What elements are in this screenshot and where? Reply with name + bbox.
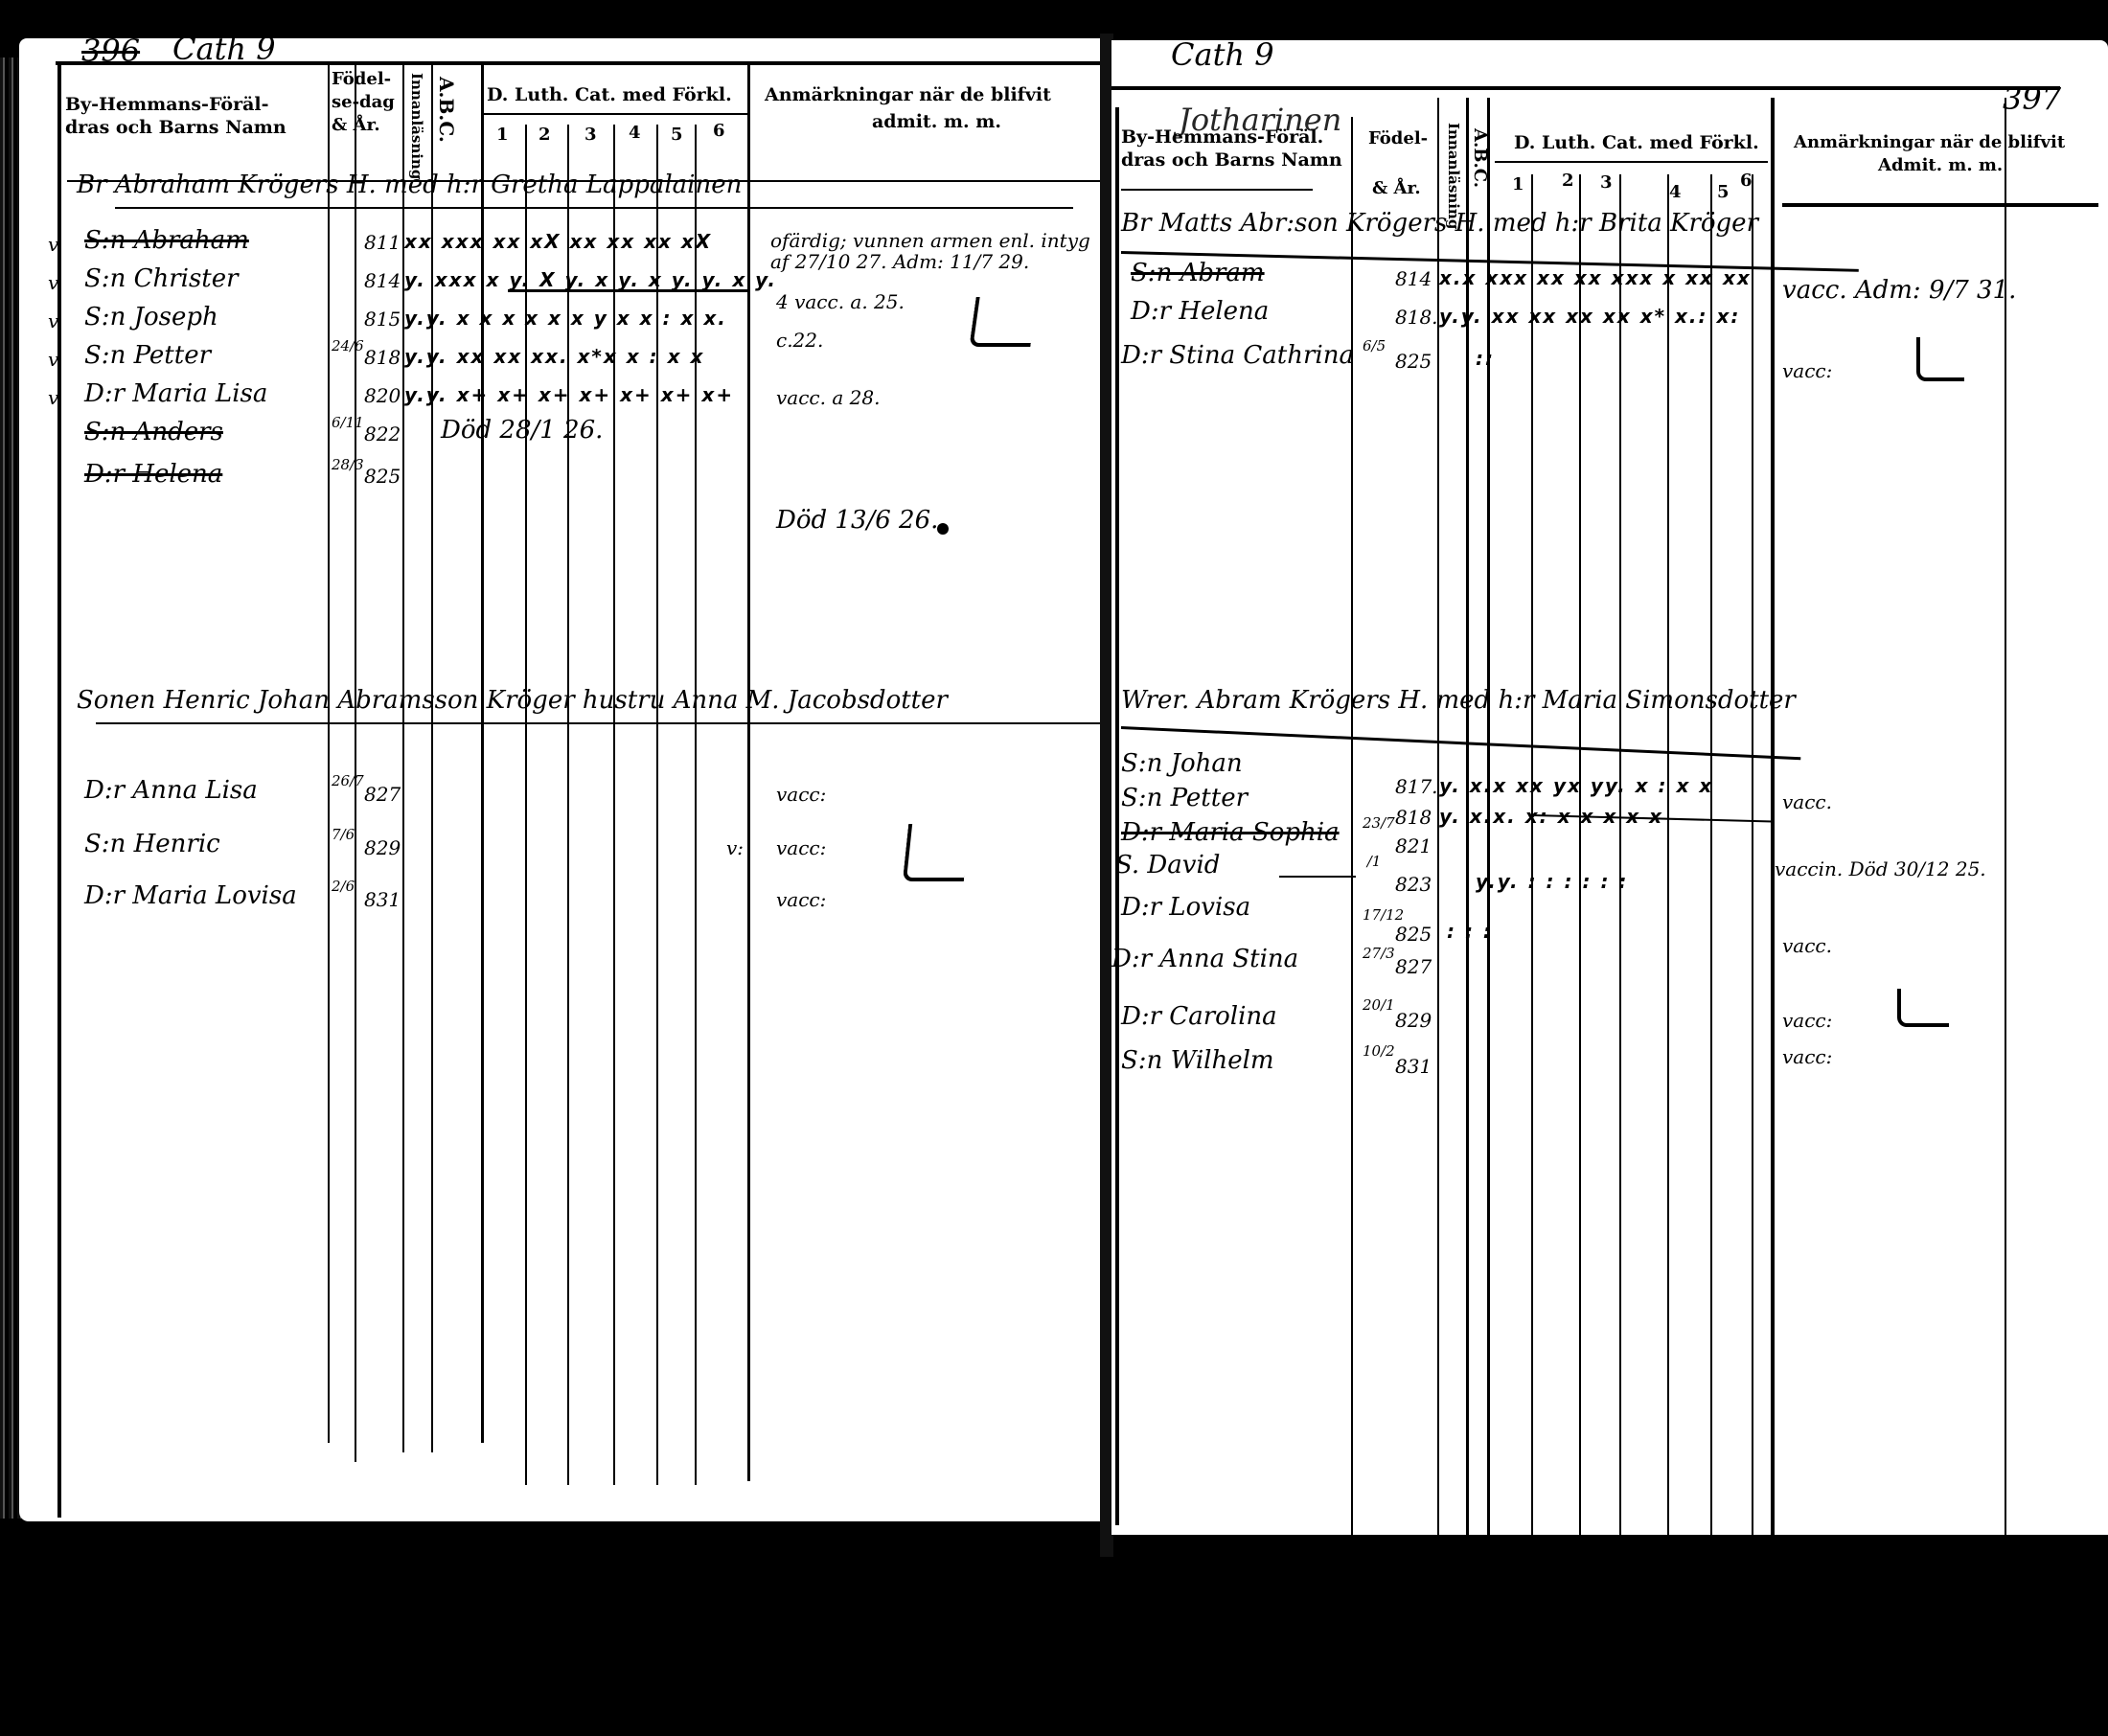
birth-year: 825	[364, 462, 401, 491]
header-rule	[1121, 189, 1313, 191]
birth-day: 26/7	[332, 774, 355, 788]
birth-year: 818	[1395, 803, 1432, 832]
exam-marks: y. xxx x y. X y. x y. x y. y. x y.	[404, 268, 777, 291]
header-abc: A.B.C.	[435, 77, 458, 172]
cat-col-5: 5	[1717, 182, 1730, 203]
birth-day: 2/6	[332, 879, 355, 894]
header-birth-3: & År.	[332, 115, 380, 136]
birth-day: 10/2	[1363, 1044, 1386, 1059]
header-birth-1: Födel-	[1368, 128, 1428, 149]
member-name: D:r Maria Lovisa	[84, 881, 297, 910]
col-sep	[328, 63, 330, 1443]
remark: vacc. a 28.	[776, 383, 880, 412]
cat-col-5: 5	[671, 125, 683, 146]
birth-day: 20/1	[1363, 998, 1386, 1013]
birth-year: 829	[364, 834, 401, 862]
remark: vacc.	[1782, 931, 1832, 960]
member-name: D:r Stina Cathrina	[1121, 341, 1354, 370]
cat-sub-rule	[1495, 161, 1768, 163]
birth-year: 818.	[1395, 303, 1438, 331]
member-name: S:n Abraham	[84, 226, 249, 255]
col-sep	[1579, 174, 1581, 1554]
member-name: S:n Christer	[84, 264, 239, 293]
header-name-line1: By-Hemmans-Föräl.	[1121, 126, 1323, 148]
exam-marks: y.y. : : : : : :	[1476, 870, 1628, 893]
birth-day: 7/6	[332, 828, 355, 842]
member-name: S:n Anders	[84, 418, 223, 446]
col-sep	[1351, 117, 1353, 1554]
check-mark-icon	[903, 824, 970, 881]
birth-year: 827	[364, 780, 401, 809]
exam-marks: y.y. xx xx xx. x*x x : x x	[404, 345, 704, 368]
birth-year: 815	[364, 305, 401, 333]
remark: c.22.	[776, 326, 823, 354]
member-name: D:r Carolina	[1121, 1002, 1277, 1031]
birth-day: 23/7	[1363, 816, 1386, 831]
top-rule	[1111, 86, 2060, 90]
exam-mark: v:	[726, 834, 744, 862]
scan-border-bottom	[0, 1519, 2108, 1736]
cat-col-6: 6	[713, 121, 725, 142]
header-innanlasning: Innanläsning	[408, 73, 425, 178]
birth-day: 24/6	[332, 339, 355, 354]
remark: vaccin. Död 30/12 25.	[1775, 855, 1986, 883]
cat-col-3: 3	[1600, 172, 1613, 194]
member-name: S:n Henric	[84, 830, 220, 858]
household-head: Br Abraham Krögers H. med h:r Gretha Lap…	[77, 171, 742, 199]
member-name: D:r Anna Lisa	[84, 776, 258, 805]
member-name: D:r Lovisa	[1121, 893, 1250, 922]
birth-day: 27/3	[1363, 947, 1386, 961]
birth-day: 6/5	[1363, 339, 1386, 354]
member-name: S:n Wilhelm	[1121, 1046, 1274, 1075]
remark: vacc:	[776, 885, 826, 914]
left-page: 396 Cath 9 By-Hemmans-Föräl- dras och Ba…	[19, 38, 1107, 1521]
header-name-line2: dras och Barns Namn	[1121, 149, 1342, 171]
birth-year: 820	[364, 381, 401, 410]
member-name: S:n Johan	[1121, 749, 1243, 778]
birth-year: 821	[1395, 832, 1432, 860]
left-border	[1115, 107, 1119, 1525]
member-prefix: v.	[48, 268, 62, 297]
member-prefix: v.	[48, 345, 62, 374]
header-remarks-1: Anmärkningar när de blifvit	[1794, 132, 2065, 153]
birth-year: 822	[364, 420, 401, 448]
col-sep	[1667, 174, 1669, 1554]
dash-line	[1279, 876, 1356, 878]
household-head: Wrer. Abram Krögers H. med h:r Maria Sim…	[1121, 686, 1796, 715]
head-rule	[115, 207, 1073, 209]
member-name: D:r Maria Lisa	[84, 379, 267, 408]
page-number: 397	[2003, 84, 2061, 113]
exam-marks: xx xxx xx xX xx xx xx xX	[404, 230, 712, 253]
birth-year: 831	[1395, 1052, 1432, 1081]
birth-year: 823	[1395, 870, 1432, 899]
member-name: D:r Maria Sophia	[1121, 818, 1340, 847]
cat-col-4: 4	[1669, 182, 1682, 203]
strike-line	[508, 289, 747, 292]
header-birth-2: se-dag	[332, 92, 395, 113]
remark: vacc:	[776, 780, 826, 809]
cat-col-3: 3	[584, 125, 597, 146]
member-name: S. David	[1115, 851, 1220, 879]
heading-hand: Cath 9	[172, 34, 276, 63]
birth-day: 28/3	[332, 458, 355, 472]
member-name: S:n Joseph	[84, 303, 218, 331]
header-catechism: D. Luth. Cat. med Förkl.	[487, 84, 732, 105]
crossed-page-number: 396	[81, 36, 140, 65]
birth-year: 811	[364, 228, 401, 257]
birth-year: 827	[1395, 952, 1432, 981]
cat-col-1: 1	[496, 125, 509, 146]
col-sep	[2005, 98, 2006, 1573]
member-name: S:n Abram	[1131, 259, 1265, 287]
cat-col-4: 4	[629, 123, 641, 144]
exam-marks: ::	[1476, 347, 1495, 370]
remark: ofärdig; vunnen armen enl. intyg af 27/1…	[770, 230, 1096, 272]
birth-day: 17/12	[1363, 908, 1386, 923]
birth-year: 825	[1395, 347, 1432, 376]
remark: vacc:	[1782, 356, 1832, 385]
header-remarks-1: Anmärkningar när de blifvit	[765, 84, 1051, 105]
exam-marks: y.y. x x x x x x y x x : x x.	[404, 307, 727, 330]
right-page: Cath 9 Jotharinen 397 By-Hemmans-Föräl. …	[1111, 40, 2108, 1535]
birth-year: 817.	[1395, 772, 1438, 801]
remark: vacc:	[1782, 1006, 1832, 1035]
header-remarks-2: admit. m. m.	[872, 111, 1001, 132]
cat-col-6: 6	[1740, 171, 1753, 192]
col-sep	[1771, 98, 1775, 1554]
col-sep	[1752, 174, 1753, 1554]
remark: vacc:	[1782, 1042, 1832, 1071]
death-note: Död 28/1 26.	[441, 416, 603, 445]
remark: 4 vacc. a. 25.	[776, 287, 905, 316]
cat-sub-rule	[484, 113, 747, 115]
birth-day: /1	[1363, 855, 1386, 869]
birth-year: 814	[1395, 264, 1432, 293]
member-prefix: v.	[48, 230, 62, 259]
cat-col-2: 2	[538, 125, 551, 146]
exam-marks: y.y. x+ x+ x+ x+ x+ x+ x+	[404, 383, 734, 406]
col-sep	[1619, 174, 1621, 1554]
member-name: D:r Anna Stina	[1111, 945, 1298, 973]
member-name: S:n Petter	[1121, 784, 1248, 812]
header-birth-1: Födel-	[332, 69, 391, 90]
birth-year: 829	[1395, 1006, 1432, 1035]
remark: vacc. Adm: 9/7 31.	[1782, 276, 2016, 305]
col-sep	[1710, 174, 1712, 1554]
ink-blot	[937, 523, 949, 535]
header-name-line2: dras och Barns Namn	[65, 117, 286, 138]
birth-year: 818	[364, 343, 401, 372]
cat-col-2: 2	[1562, 171, 1574, 192]
birth-year: 814	[364, 266, 401, 295]
remark: vacc.	[1782, 788, 1832, 816]
member-name: D:r Helena	[1131, 297, 1269, 326]
member-name: D:r Helena	[84, 460, 222, 489]
col-sep	[1531, 174, 1533, 1554]
check-mark-icon	[1916, 337, 1964, 381]
household-head: Br Matts Abr:son Krögers H. med h:r Brit…	[1121, 209, 1758, 238]
remarks-rule	[1782, 203, 2098, 207]
member-prefix: v.	[48, 307, 62, 335]
exam-marks: y. x.x xx yx yy. x : x x	[1439, 774, 1713, 797]
exam-marks: x.x xxx xx xx xxx x xx xx	[1439, 266, 1752, 289]
household-head: Sonen Henric Johan Abramsson Kröger hust…	[77, 686, 948, 715]
check-mark-icon	[969, 297, 1037, 347]
header-name-line1: By-Hemmans-Föräl-	[65, 94, 269, 115]
remark: vacc:	[776, 834, 826, 862]
cat-col-1: 1	[1512, 174, 1524, 195]
exam-marks: : : :	[1447, 920, 1493, 943]
member-name: S:n Petter	[84, 341, 211, 370]
header-remarks-2: Admit. m. m.	[1878, 155, 2003, 176]
exam-marks: y.y. xx xx xx xx x* x.: x:	[1439, 305, 1740, 328]
head-rule	[96, 722, 1102, 724]
check-mark-icon	[1897, 989, 1949, 1027]
birth-year: 825	[1395, 920, 1432, 948]
header-birth-3: & År.	[1372, 178, 1421, 199]
birth-day: 6/11	[332, 416, 355, 430]
heading-hand: Cath 9	[1171, 40, 1274, 69]
col-sep	[355, 63, 356, 1462]
member-prefix: v.	[48, 383, 62, 412]
birth-year: 831	[364, 885, 401, 914]
header-catechism: D. Luth. Cat. med Förkl.	[1514, 132, 1759, 153]
remark: Död 13/6 26.	[776, 506, 938, 535]
